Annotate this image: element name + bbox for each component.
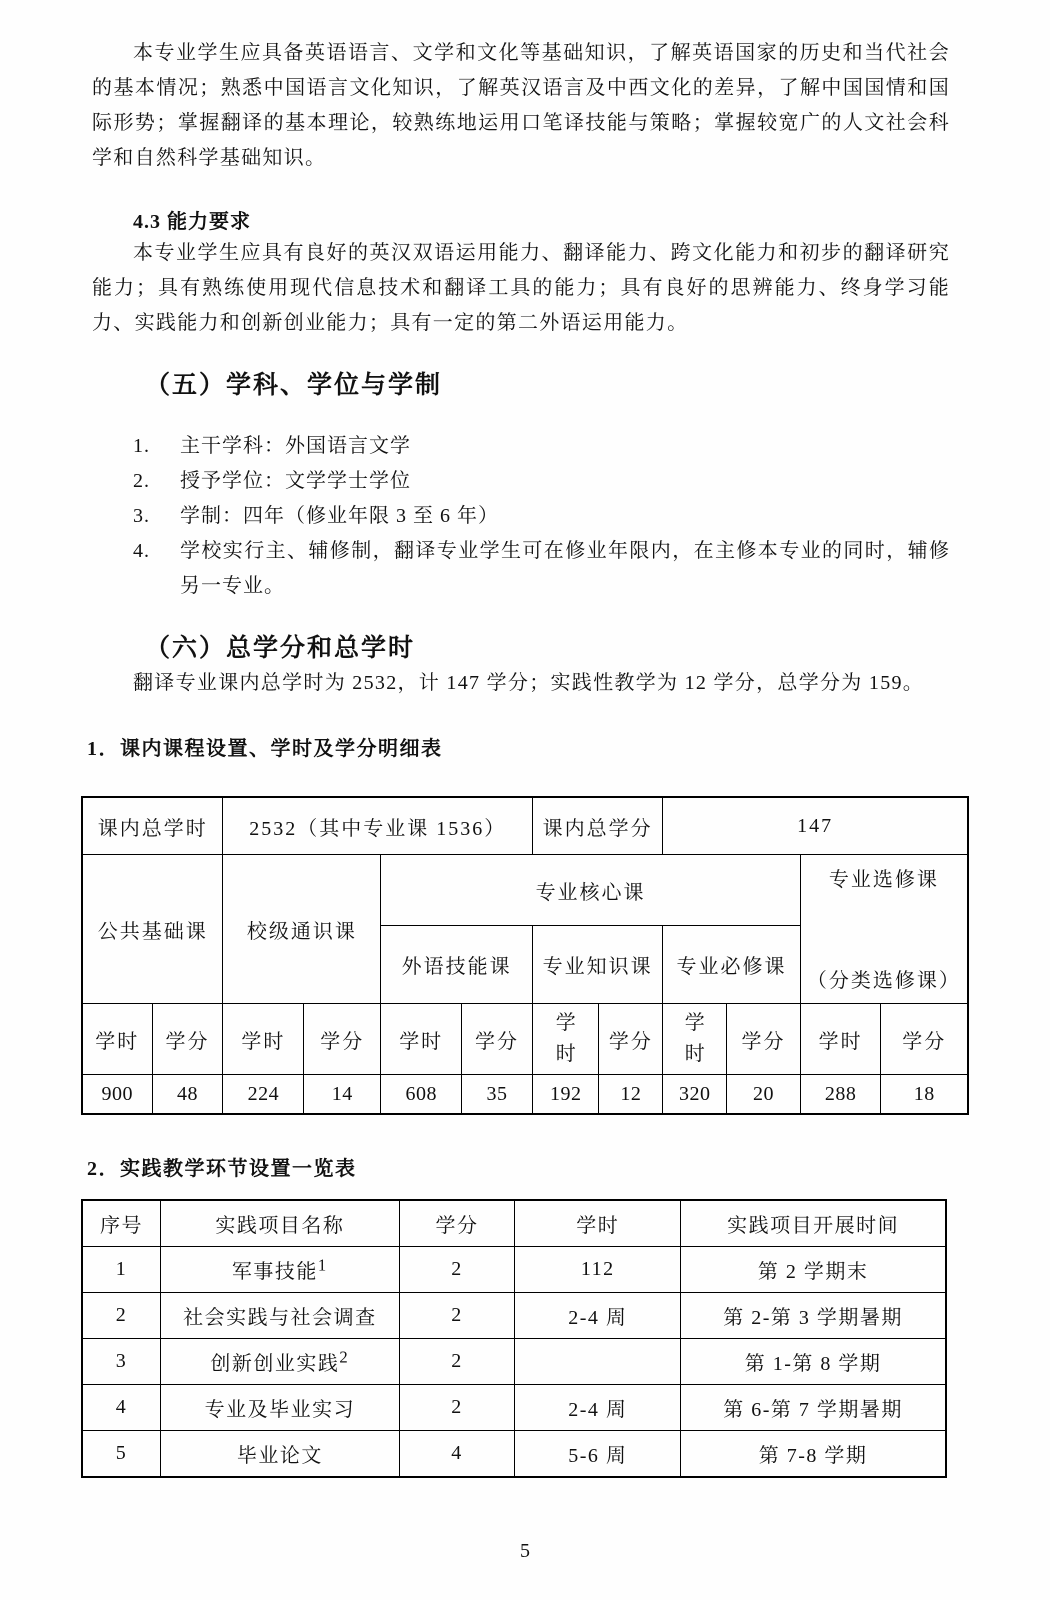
table-row: 公共基础课 校级通识课 专业核心课 专业选修课 （分类选修课） xyxy=(82,855,968,926)
table-cell: 5-6 周 xyxy=(515,1431,681,1478)
table-header-cell: 学分 xyxy=(304,1004,381,1075)
table-cell: 2 xyxy=(399,1247,515,1293)
table-cell xyxy=(515,1339,681,1385)
table-cell: 第 2 学期末 xyxy=(681,1247,946,1293)
table-header-cell: 学分 xyxy=(881,1004,968,1075)
table-header-cell: 实践项目开展时间 xyxy=(681,1200,946,1247)
table-cell: 2-4 周 xyxy=(515,1385,681,1431)
table-header-row: 序号 实践项目名称 学分 学时 实践项目开展时间 xyxy=(82,1200,946,1247)
credits-paragraph: 翻译专业课内总学时为 2532，计 147 学分；实践性教学为 12 学分，总学… xyxy=(92,666,950,701)
table-header-cell: 公共基础课 xyxy=(82,855,223,1004)
table-cell: 14 xyxy=(304,1075,381,1115)
table-cell: 18 xyxy=(881,1075,968,1115)
list-item-text: 学制：四年（修业年限 3 至 6 年） xyxy=(180,499,950,534)
table-header-cell: 学时 xyxy=(223,1004,304,1075)
degree-list: 1. 主干学科：外国语言文学 2. 授予学位：文学学士学位 3. 学制：四年（修… xyxy=(133,429,950,604)
table-cell: 48 xyxy=(152,1075,223,1115)
list-item-number: 1. xyxy=(133,429,180,464)
table-header-cell: 专业选修课 （分类选修课） xyxy=(800,855,968,1004)
table-header-cell: 学分 xyxy=(399,1200,515,1247)
intro-paragraph: 本专业学生应具备英语语言、文学和文化等基础知识，了解英语国家的历史和当代社会的基… xyxy=(92,36,950,176)
table-header-cell: 序号 xyxy=(82,1200,161,1247)
table-cell: 3 xyxy=(82,1339,161,1385)
table-header-cell: 学时 xyxy=(515,1200,681,1247)
table-row: 1 军事技能1 2 112 第 2 学期末 xyxy=(82,1247,946,1293)
elective-label: 专业选修课 xyxy=(801,863,967,892)
list-item-number: 2. xyxy=(133,464,180,499)
footnote-marker: 2 xyxy=(339,1347,349,1366)
table-header-cell: 学时 xyxy=(381,1004,462,1075)
table1-title: 1．课内课程设置、学时及学分明细表 xyxy=(87,735,950,763)
table-cell: 军事技能1 xyxy=(161,1247,399,1293)
document-page: 本专业学生应具备英语语言、文学和文化等基础知识，了解英语国家的历史和当代社会的基… xyxy=(0,0,1050,1600)
table-header-cell: 实践项目名称 xyxy=(161,1200,399,1247)
table-row: 2 社会实践与社会调查 2 2-4 周 第 2-第 3 学期暑期 xyxy=(82,1293,946,1339)
list-item: 3. 学制：四年（修业年限 3 至 6 年） xyxy=(133,499,950,534)
footnote-marker: 1 xyxy=(318,1255,328,1274)
table-header-cell: 课内总学分 xyxy=(532,797,662,855)
table-cell: 5 xyxy=(82,1431,161,1478)
table-cell: 12 xyxy=(599,1075,663,1115)
table-cell: 1 xyxy=(82,1247,161,1293)
elective-sublabel: （分类选修课） xyxy=(801,964,967,993)
table-header-cell: 校级通识课 xyxy=(223,855,381,1004)
section-heading-5: （五）学科、学位与学制 xyxy=(145,369,950,403)
table-cell: 2 xyxy=(399,1385,515,1431)
table-row: 4 专业及毕业实习 2 2-4 周 第 6-第 7 学期暑期 xyxy=(82,1385,946,1431)
list-item-text: 主干学科：外国语言文学 xyxy=(180,429,950,464)
table-cell: 毕业论文 xyxy=(161,1431,399,1478)
table-header-cell: 学时 xyxy=(82,1004,152,1075)
table-cell: 2-4 周 xyxy=(515,1293,681,1339)
document-content: 本专业学生应具备英语语言、文学和文化等基础知识，了解英语国家的历史和当代社会的基… xyxy=(0,0,1050,1478)
section-heading-4-3: 4.3 能力要求 xyxy=(133,208,950,236)
page-number: 5 xyxy=(0,1540,1050,1563)
table-cell: 288 xyxy=(800,1075,881,1115)
list-item-text: 学校实行主、辅修制，翻译专业学生可在修业年限内，在主修本专业的同时，辅修另一专业… xyxy=(180,534,950,604)
table-cell: 2 xyxy=(399,1293,515,1339)
table-cell: 2 xyxy=(399,1339,515,1385)
table-cell: 35 xyxy=(462,1075,533,1115)
table-row: 学时 学分 学时 学分 学时 学分 学时 学分 学时 学分 学时 学分 xyxy=(82,1004,968,1075)
list-item: 2. 授予学位：文学学士学位 xyxy=(133,464,950,499)
table-cell: 社会实践与社会调查 xyxy=(161,1293,399,1339)
table-header-cell: 专业必修课 xyxy=(663,926,800,1004)
table-cell: 224 xyxy=(223,1075,304,1115)
table-cell: 192 xyxy=(532,1075,599,1115)
list-item-number: 4. xyxy=(133,534,180,604)
table2-title: 2．实践教学环节设置一览表 xyxy=(87,1155,950,1183)
table-header-cell: 专业核心课 xyxy=(381,855,800,926)
list-item: 1. 主干学科：外国语言文学 xyxy=(133,429,950,464)
table-cell: 2 xyxy=(82,1293,161,1339)
table-row: 3 创新创业实践2 2 第 1-第 8 学期 xyxy=(82,1339,946,1385)
section-heading-6: （六）总学分和总学时 xyxy=(145,632,950,666)
course-hours-table: 课内总学时 2532（其中专业课 1536） 课内总学分 147 公共基础课 校… xyxy=(81,796,969,1115)
practice-table: 序号 实践项目名称 学分 学时 实践项目开展时间 1 军事技能1 2 112 第… xyxy=(81,1199,947,1478)
table-cell: 4 xyxy=(399,1431,515,1478)
ability-paragraph: 本专业学生应具有良好的英汉双语运用能力、翻译能力、跨文化能力和初步的翻译研究能力… xyxy=(92,236,950,341)
table-cell: 第 6-第 7 学期暑期 xyxy=(681,1385,946,1431)
table-header-cell: 课内总学时 xyxy=(82,797,223,855)
table-cell: 4 xyxy=(82,1385,161,1431)
table-cell: 第 1-第 8 学期 xyxy=(681,1339,946,1385)
table-cell: 第 7-8 学期 xyxy=(681,1431,946,1478)
table-cell: 147 xyxy=(663,797,968,855)
table-header-cell: 学分 xyxy=(727,1004,801,1075)
table-row: 900 48 224 14 608 35 192 12 320 20 288 1… xyxy=(82,1075,968,1115)
table-cell: 2532（其中专业课 1536） xyxy=(223,797,533,855)
table-cell: 900 xyxy=(82,1075,152,1115)
table-cell: 专业及毕业实习 xyxy=(161,1385,399,1431)
table-cell: 创新创业实践2 xyxy=(161,1339,399,1385)
table-header-cell: 学分 xyxy=(152,1004,223,1075)
list-item-text: 授予学位：文学学士学位 xyxy=(180,464,950,499)
table-cell: 608 xyxy=(381,1075,462,1115)
table-cell: 320 xyxy=(663,1075,727,1115)
table-row: 5 毕业论文 4 5-6 周 第 7-8 学期 xyxy=(82,1431,946,1478)
table-cell: 第 2-第 3 学期暑期 xyxy=(681,1293,946,1339)
list-item-number: 3. xyxy=(133,499,180,534)
table-header-cell: 学分 xyxy=(599,1004,663,1075)
list-item: 4. 学校实行主、辅修制，翻译专业学生可在修业年限内，在主修本专业的同时，辅修另… xyxy=(133,534,950,604)
table-header-cell: 学时 xyxy=(532,1004,599,1075)
table-cell: 112 xyxy=(515,1247,681,1293)
table-header-cell: 学分 xyxy=(462,1004,533,1075)
table-row: 课内总学时 2532（其中专业课 1536） 课内总学分 147 xyxy=(82,797,968,855)
table-header-cell: 学时 xyxy=(663,1004,727,1075)
table-header-cell: 专业知识课 xyxy=(532,926,662,1004)
table-header-cell: 学时 xyxy=(800,1004,881,1075)
table-cell: 20 xyxy=(727,1075,801,1115)
table-header-cell: 外语技能课 xyxy=(381,926,533,1004)
